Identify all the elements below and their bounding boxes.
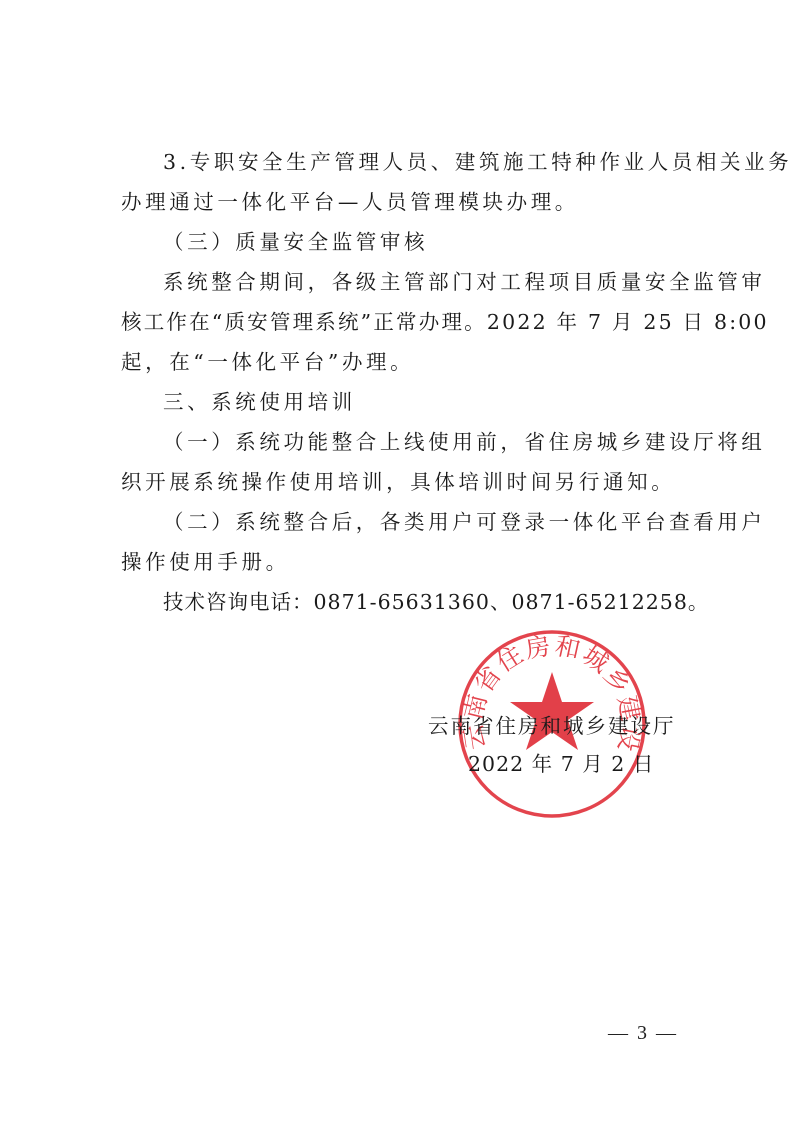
signature-organization: 云南省住房和城乡建设厅 <box>428 714 676 738</box>
paragraph-line: 办理通过一体化平台—人员管理模块办理。 <box>121 190 579 214</box>
section-heading: （三）质量安全监管审核 <box>163 230 428 254</box>
paragraph-line: 系统整合期间，各级主管部门对工程项目质量安全监管审 <box>163 270 766 294</box>
paragraph-line: 操作使用手册。 <box>121 550 290 574</box>
star-icon <box>510 672 594 750</box>
contact-phone-line: 技术咨询电话：0871-65631360、0871-65212258。 <box>163 590 709 614</box>
paragraph-line: （二）系统整合后，各类用户可登录一体化平台查看用户 <box>163 510 766 534</box>
paragraph-line: 织开展系统操作使用培训，具体培训时间另行通知。 <box>121 470 675 494</box>
section-heading: 三、系统使用培训 <box>163 390 356 414</box>
page-number: — 3 — <box>608 1022 678 1045</box>
paragraph-line: 3.专职安全生产管理人员、建筑施工特种作业人员相关业务 <box>163 150 792 174</box>
paragraph-line: （一）系统功能整合上线使用前，省住房城乡建设厅将组 <box>163 430 766 454</box>
signature-date: 2022 年 7 月 2 日 <box>468 752 654 776</box>
paragraph-line: 起，在“一体化平台”办理。 <box>121 350 414 374</box>
paragraph-line: 核工作在“质安管理系统”正常办理。2022 年 7 月 25 日 8:00 <box>121 310 769 334</box>
